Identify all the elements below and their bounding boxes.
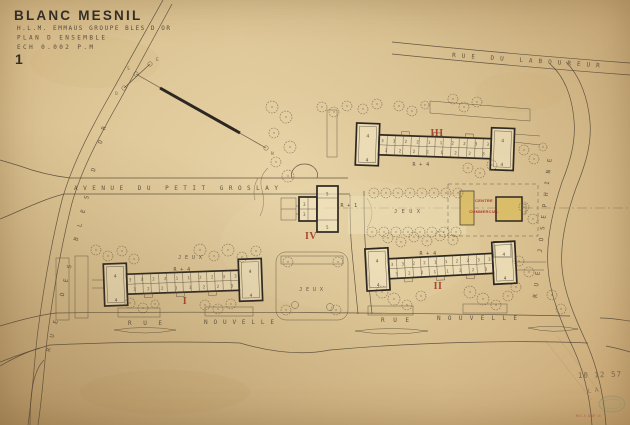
tree-center-dot: [393, 298, 394, 299]
tree-center-dot: [362, 108, 363, 109]
building-i-floors: R + 4: [173, 267, 190, 273]
jeux-central-strip: JEUX: [348, 196, 466, 234]
tree-center-dot: [419, 231, 420, 232]
tree-center-dot: [397, 192, 398, 193]
tree-center-dot: [467, 167, 468, 168]
tree-center-dot: [271, 106, 272, 107]
building-iv-floors: R + 1: [340, 203, 357, 209]
tree-center-dot: [420, 295, 421, 296]
tree-center-dot: [433, 192, 434, 193]
tower-label: 4: [500, 162, 503, 168]
shop-building: [496, 197, 522, 221]
tree-center-dot: [518, 260, 519, 261]
revision-stamp: MIS A JOUR LE: [576, 414, 601, 418]
median-island: [355, 329, 428, 335]
tree-center-dot: [523, 149, 524, 150]
tree-center-dot: [285, 116, 286, 117]
tree-center-dot: [285, 309, 286, 310]
tree-center-dot: [133, 258, 134, 259]
plan-subtitle-1: H.L.M. EMMAUS GROUPE BLES D OR: [17, 25, 170, 32]
road-rue-nouvelle: [0, 312, 630, 362]
turnaround-loop: [292, 164, 318, 178]
median-island: [114, 328, 176, 334]
tree-center-dot: [373, 192, 374, 193]
street-label-nouvelle-right: RUE: [381, 317, 409, 324]
tree-center-dot: [255, 250, 256, 251]
tree-center-dot: [395, 231, 396, 232]
tower-label: 4: [504, 276, 507, 282]
median-island: [528, 326, 578, 331]
tree-center-dot: [495, 304, 496, 305]
tree-center-dot: [213, 255, 214, 256]
tree-center-dot: [376, 103, 377, 104]
tower-label: 4: [249, 293, 252, 299]
plan-title: BLANC MESNIL: [14, 8, 142, 23]
tree-center-dot: [455, 231, 456, 232]
date-initials: L A: [587, 386, 599, 394]
plan-subtitle-2: PLAN D ENSEMBLE: [17, 35, 105, 42]
tree-center-dot: [321, 106, 322, 107]
centre-commercial-label: COMMERCIAL: [469, 209, 499, 214]
compass-n: N: [271, 151, 274, 157]
tree-center-dot: [346, 105, 347, 106]
tree-center-dot: [142, 307, 143, 308]
tower-label: 4: [502, 252, 505, 258]
tree-center-dot: [421, 192, 422, 193]
street-label-nouvelle-right: NOUVELLE: [437, 315, 517, 322]
tower-label: 4: [115, 298, 118, 304]
tree-center-dot: [560, 308, 561, 309]
tree-center-dot: [230, 303, 231, 304]
tower-label: 4: [501, 138, 504, 144]
tree-center-dot: [383, 231, 384, 232]
tree-center-dot: [335, 309, 336, 310]
tree-center-dot: [452, 239, 453, 240]
centre-commercial-label: CENTRE: [475, 198, 493, 203]
building-iii-floors: R + 4: [412, 162, 429, 168]
tree-center-dot: [542, 146, 543, 147]
tree-center-dot: [463, 106, 464, 107]
tree-center-dot: [385, 192, 386, 193]
building-i-numeral: I: [183, 296, 187, 307]
tree-center-dot: [491, 164, 492, 165]
tower-label: 4: [114, 274, 117, 280]
tree-center-dot: [515, 286, 516, 287]
tower-label: 4: [365, 157, 368, 163]
tree-center-dot: [381, 291, 382, 292]
compass-o: O: [115, 91, 118, 97]
building-ii-floors: R + 4: [419, 251, 436, 257]
tree-center-dot: [479, 172, 480, 173]
tree-center-dot: [413, 236, 414, 237]
tree-center-dot: [289, 146, 290, 147]
building-ii-numeral: II: [434, 281, 443, 292]
tree-center-dot: [431, 231, 432, 232]
site-plan-canvas: JEUX JEUX JEUX 5 5 3 3 IV R + 1 CENTRE C…: [0, 0, 630, 425]
tree-center-dot: [507, 295, 508, 296]
tree-center-dot: [469, 291, 470, 292]
tree-center-dot: [409, 192, 410, 193]
tree-center-dot: [523, 206, 524, 207]
tower-label: 4: [366, 133, 369, 139]
tree-center-dot: [333, 111, 334, 112]
tree-center-dot: [398, 105, 399, 106]
tree-center-dot: [227, 249, 228, 250]
tree-center-dot: [482, 298, 483, 299]
tree-center-dot: [287, 175, 288, 176]
tree-center-dot: [204, 304, 205, 305]
tree-center-dot: [439, 235, 440, 236]
tree-center-dot: [551, 294, 552, 295]
building-iv-numeral: IV: [305, 231, 317, 242]
tree-center-dot: [457, 192, 458, 193]
building-iii-numeral: III: [430, 128, 443, 139]
tree-center-dot: [424, 104, 425, 105]
tree-center-dot: [241, 256, 242, 257]
plan-sheet: JEUX JEUX JEUX 5 5 3 3 IV R + 1 CENTRE C…: [0, 0, 630, 425]
tree-center-dot: [337, 261, 338, 262]
street-label-nouvelle-left: NOUVELLE: [204, 319, 274, 326]
tree-center-dot: [387, 237, 388, 238]
compass-e: E: [156, 57, 159, 63]
tree-center-dot: [476, 101, 477, 102]
tree-center-dot: [121, 250, 122, 251]
tree-center-dot: [154, 303, 155, 304]
tree-center-dot: [445, 192, 446, 193]
date-stamp: 10 12 57: [578, 369, 622, 380]
tree-center-dot: [533, 158, 534, 159]
tree-center-dot: [406, 304, 407, 305]
tree-center-dot: [528, 271, 529, 272]
sheet-number: 1: [15, 51, 23, 67]
tree-center-dot: [532, 218, 533, 219]
tree-center-dot: [371, 231, 372, 232]
tree-center-dot: [452, 98, 453, 99]
tree-center-dot: [217, 308, 218, 309]
tree-center-dot: [129, 302, 130, 303]
tree-center-dot: [199, 249, 200, 250]
tree-center-dot: [107, 255, 108, 256]
tree-center-dot: [287, 261, 288, 262]
street-label-avenue: AVENUE DU PETIT GROSLAY: [74, 185, 278, 192]
tree-center-dot: [400, 241, 401, 242]
tree-center-dot: [275, 161, 276, 162]
street-label-nouvelle-left: RUE: [128, 320, 162, 327]
tree-center-dot: [426, 240, 427, 241]
compass-s: S: [127, 66, 130, 72]
tree-center-dot: [407, 231, 408, 232]
tree-center-dot: [411, 110, 412, 111]
tree-center-dot: [273, 132, 274, 133]
tree-center-dot: [95, 249, 96, 250]
tower-label: 4: [249, 269, 252, 275]
tower-label: 4: [376, 258, 379, 264]
